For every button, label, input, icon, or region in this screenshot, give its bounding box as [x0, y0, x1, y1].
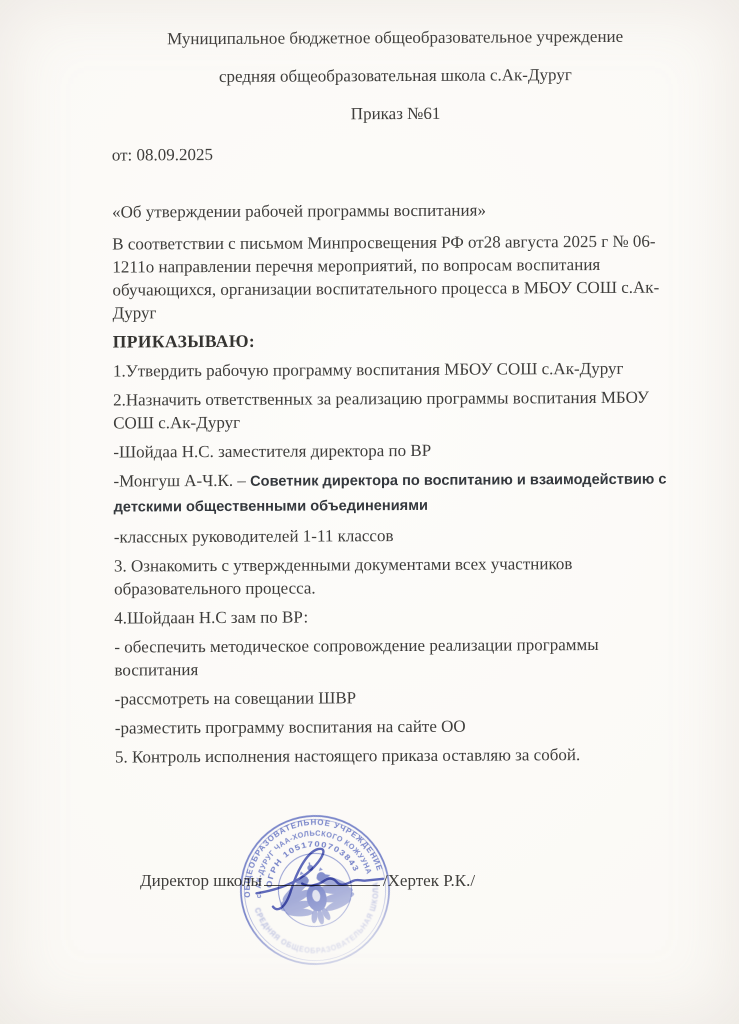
director-signature-icon [245, 840, 397, 915]
org-name-line-1: Муниципальное бюджетное общеобразователь… [111, 27, 679, 50]
order-subitem-support: - обеспечить методическое сопровождение … [114, 632, 700, 681]
order-subject: «Об утверждении рабочей программы воспит… [112, 197, 698, 223]
order-item-1: 1.Утвердить рабочую программу воспитания… [113, 356, 699, 382]
order-preamble: В соответствии с письмом Минпросвещения … [112, 229, 698, 324]
signature-name: /Хертек Р.К./ [383, 871, 475, 890]
appointee-class-teachers: -классных руководителей 1-11 классов [114, 522, 700, 548]
document-header: Муниципальное бюджетное общеобразователь… [111, 26, 697, 125]
scanned-order-document: Муниципальное бюджетное общеобразователь… [0, 0, 739, 1024]
order-item-5: 5. Контроль исполнения настоящего приказ… [115, 742, 701, 768]
order-subitem-review: -рассмотреть на совещании ШВР [115, 684, 701, 710]
appointee-mongush: -Монгуш А-Ч.К. – Советник директора по в… [113, 466, 699, 519]
order-item-3: 3. Ознакомить с утвержденными документам… [114, 551, 700, 600]
order-date: от: 08.09.2025 [112, 140, 698, 166]
document-body: Муниципальное бюджетное общеобразователь… [111, 0, 701, 775]
appointee-mongush-name: -Монгуш А-Ч.К. – [113, 471, 250, 491]
order-heading: ПРИКАЗЫВАЮ: [113, 327, 699, 353]
order-number: Приказ №61 [112, 103, 680, 126]
appointee-shoydaa: -Шойдаа Н.С. заместителя директора по ВР [113, 437, 699, 463]
order-item-2: 2.Назначить ответственных за реализацию … [113, 385, 699, 434]
order-subitem-publish: -разместить программу воспитания на сайт… [115, 713, 701, 739]
org-name-line-2: средняя общеобразовательная школа с.Ак-Д… [111, 65, 679, 88]
order-item-4: 4.Шойдаан Н.С зам по ВР: [114, 603, 700, 629]
